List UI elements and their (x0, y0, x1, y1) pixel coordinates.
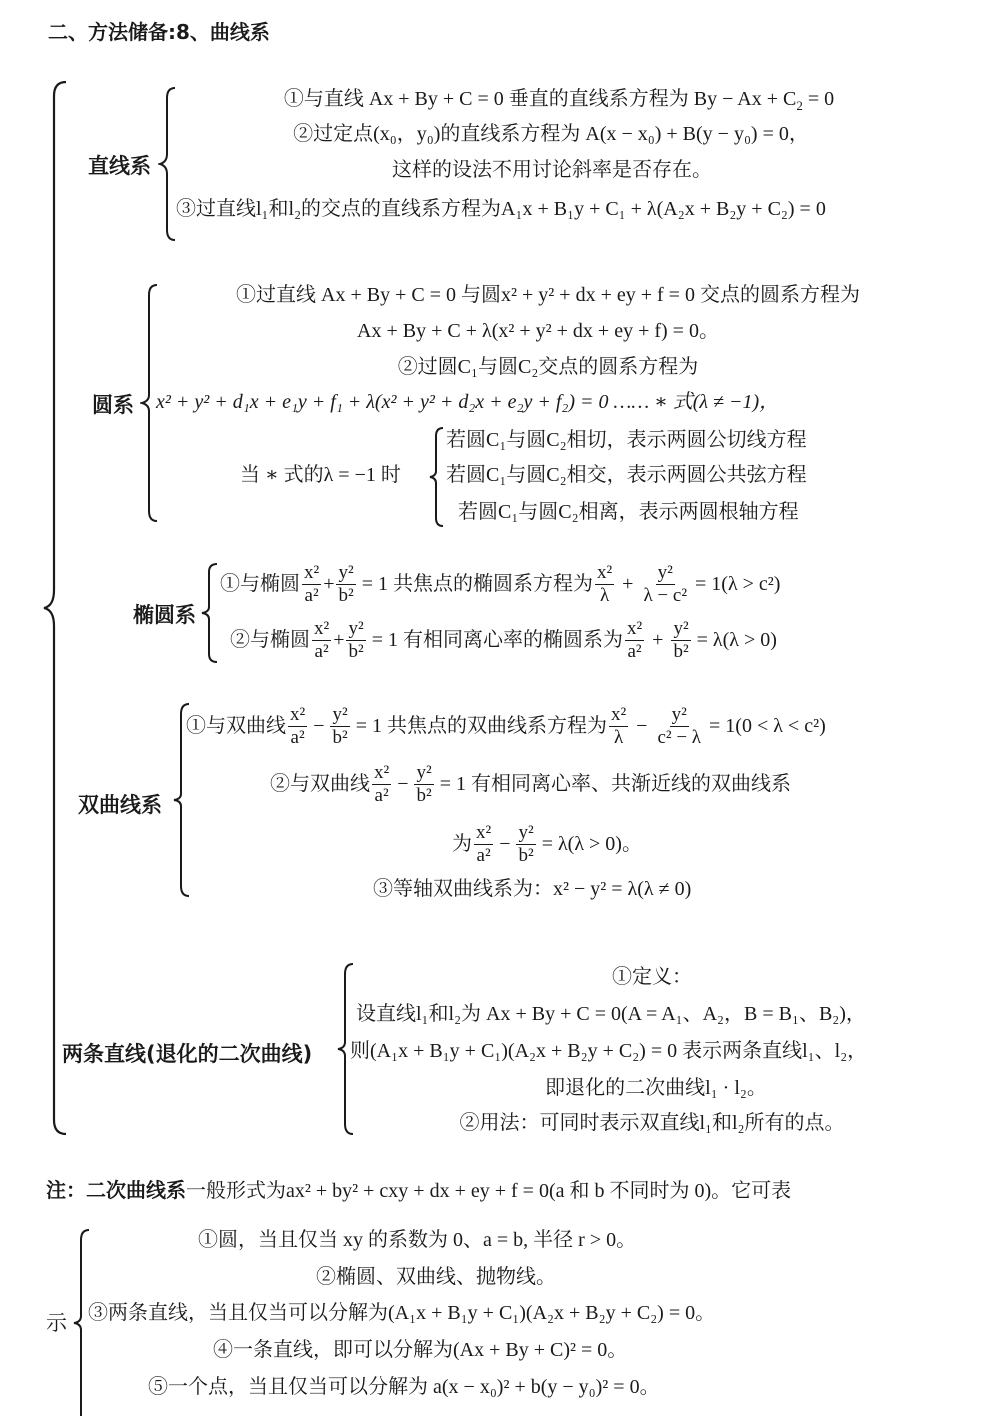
two-lines-definition-1: 设直线l₁和l₂为 Ax + By + C = 0(A = A₁、A₂，B = … (356, 1001, 866, 1027)
line-family-brace (158, 86, 178, 242)
circle-family-item-3: ②过圆C₁与圆C₂交点的圆系方程为 (398, 354, 699, 380)
note-item-two-lines: ③两条直线，当且仅当可以分解为(A₁x + B₁y + C₁)(A₂x + B₂… (88, 1300, 715, 1326)
note-item-circle: ①圆，当且仅当 xy 的系数为 0、a = b, 半径 r > 0。 (198, 1227, 636, 1253)
two-lines-definition-3: 即退化的二次曲线l₁ · l₂。 (545, 1075, 767, 1101)
circle-tangent-case: 若圆C₁与圆C₂相切，表示两圆公切线方程 (446, 427, 807, 453)
note-prefix: 注：二次曲线系 (46, 1178, 186, 1202)
circle-family-item-1: ①过直线 Ax + By + C = 0 与圆x² + y² + dx + ey… (236, 282, 860, 308)
note-item-point: ⑤一个点，当且仅当可以分解为 a(x − x₀)² + b(y − y₀)² =… (148, 1374, 660, 1400)
hyperbola-family-item-2b: 为 x²a² − y²b² = λ(λ > 0)。 (452, 820, 642, 868)
note-side-label: 示 (46, 1310, 67, 1336)
circle-family-item-2: Ax + By + C + λ(x² + y² + dx + ey + f) =… (357, 318, 719, 344)
ellipse-family-item-2: ②与椭圆 x²a² + y²b² = 1 有相同离心率的椭圆系为 x²a² + … (230, 616, 777, 664)
ellipse-family-label: 椭圆系 (133, 599, 196, 629)
line-family-item-4: ③过直线l₁和l₂的交点的直线系方程为A₁x + B₁y + C₁ + λ(A₂… (176, 196, 826, 222)
circle-intersect-case: 若圆C₁与圆C₂相交，表示两圆公共弦方程 (446, 462, 807, 488)
outer-brace (40, 80, 70, 1136)
ellipse-family-item-1: ①与椭圆 x²a² + y²b² = 1 共焦点的椭圆系方程为 x²λ + y²… (220, 560, 780, 608)
circle-separate-case: 若圆C₁与圆C₂相离，表示两圆根轴方程 (458, 499, 799, 525)
note-item-one-line: ④一条直线，即可以分解为(Ax + By + C)² = 0。 (213, 1337, 627, 1363)
circle-family-item-4: x² + y² + d₁x + e₁y + f₁ + λ(x² + y² + d… (156, 389, 779, 415)
hyperbola-family-label: 双曲线系 (78, 789, 162, 819)
two-lines-label: 两条直线(退化的二次曲线) (62, 1038, 312, 1068)
note-line: 注：二次曲线系一般形式为ax² + by² + cxy + dx + ey + … (46, 1177, 791, 1204)
hyperbola-family-item-1: ①与双曲线 x²a² − y²b² = 1 共焦点的双曲线系方程为 x²λ − … (186, 702, 826, 750)
circle-lambda-condition: 当 ∗ 式的λ = −1 时 (240, 462, 401, 488)
note-text: 一般形式为ax² + by² + cxy + dx + ey + f = 0(a… (186, 1180, 791, 1202)
two-lines-definition-heading: ①定义： (612, 964, 692, 990)
line-family-label: 直线系 (88, 150, 151, 180)
two-lines-usage: ②用法：可同时表示双直线l₁和l₂所有的点。 (459, 1110, 844, 1136)
page-title: 二、方法储备:8、曲线系 (48, 16, 270, 45)
line-family-item-1: ①与直线 Ax + By + C = 0 垂直的直线系方程为 By − Ax +… (284, 86, 834, 112)
circle-sub-brace (428, 426, 446, 528)
circle-family-label: 圆系 (92, 389, 134, 419)
line-family-item-2: ②过定点(x₀，y₀)的直线系方程为 A(x − x₀) + B(y − y₀)… (293, 121, 809, 147)
hyperbola-family-item-2: ②与双曲线 x²a² − y²b² = 1 有相同离心率、共渐近线的双曲线系 (270, 760, 791, 808)
line-family-item-3: 这样的设法不用讨论斜率是否存在。 (392, 157, 712, 183)
hyperbola-family-item-3: ③等轴双曲线系为：x² − y² = λ(λ ≠ 0) (373, 876, 691, 902)
ellipse-family-brace (200, 562, 220, 664)
two-lines-definition-2: 则(A₁x + B₁y + C₁)(A₂x + B₂y + C₂) = 0 表示… (350, 1038, 867, 1064)
note-item-conic: ②椭圆、双曲线、抛物线。 (316, 1264, 556, 1290)
